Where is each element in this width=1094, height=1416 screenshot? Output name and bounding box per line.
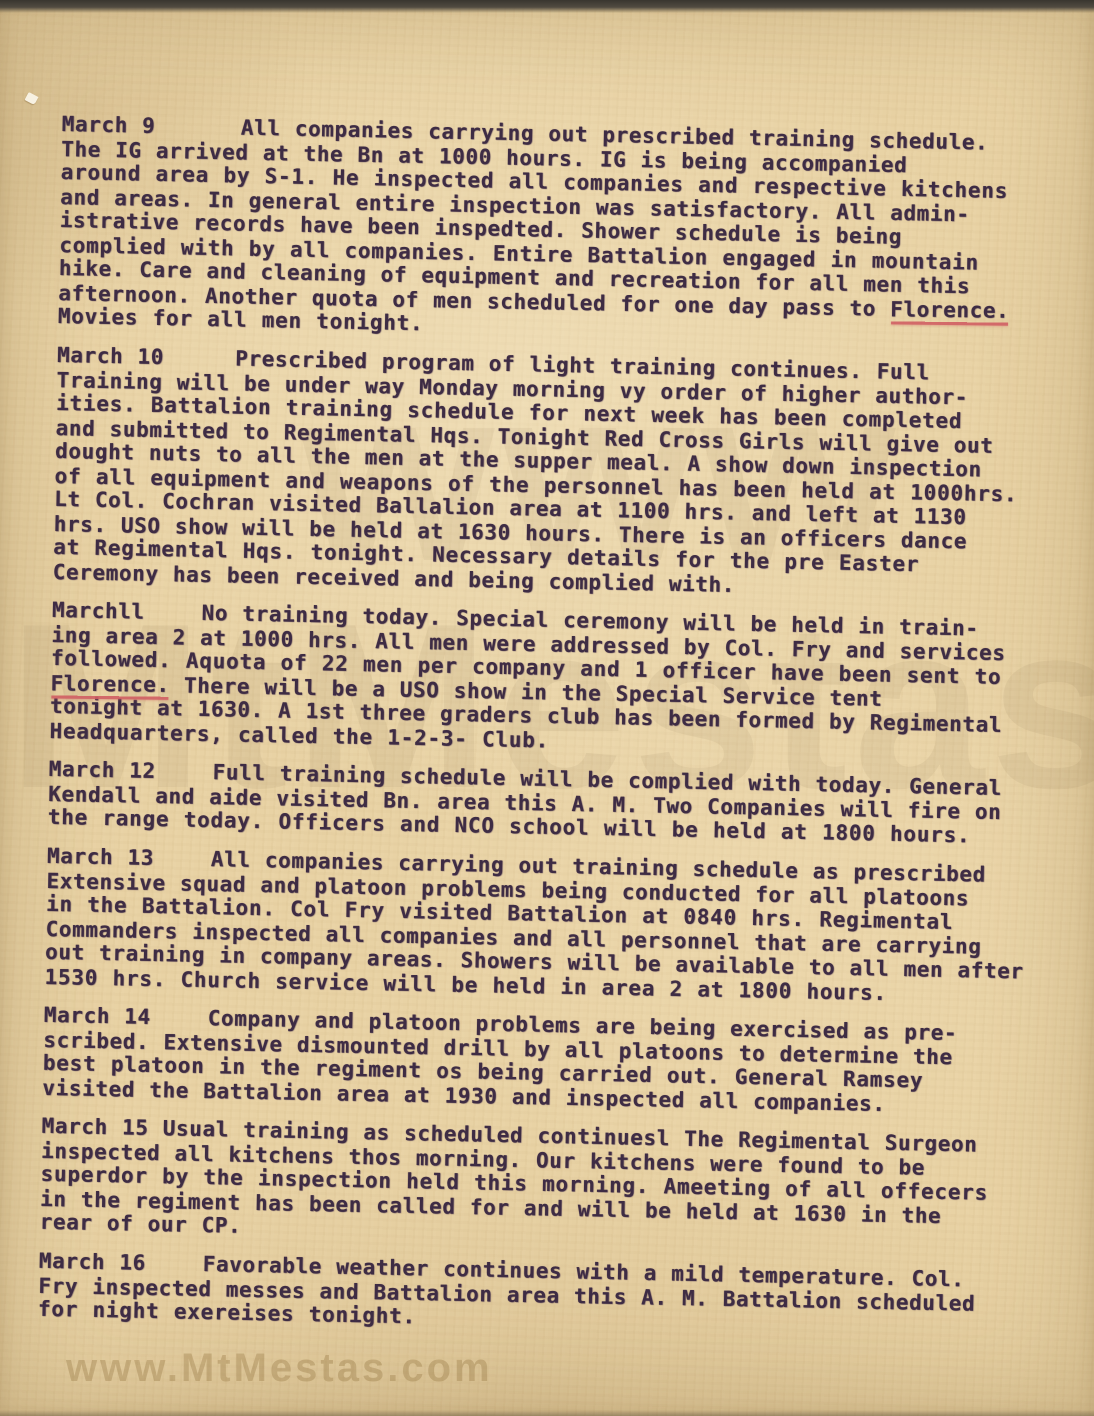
log-entry-march-9: March 9 All companies carrying out presc… [58, 112, 1067, 348]
log-entry-march-13: March 13 All companies carrying out trai… [44, 844, 1052, 1008]
scan-edge-bottom [0, 1410, 1094, 1416]
log-entry-march-14: March 14 Company and platoon problems ar… [42, 1003, 1049, 1119]
scan-edge-top [0, 0, 1094, 13]
log-entry-march-11: Marchll No training today. Special cerem… [49, 598, 1057, 762]
red-underlined-text: Florence. [50, 671, 169, 696]
log-entry-march-12: March 12 Full training schedule will be … [48, 757, 1054, 849]
log-entry-march-16: March 16 Favorable weather continues wit… [38, 1249, 1044, 1341]
log-entry-march-10: March 10 Prescribed program of light tra… [53, 343, 1063, 603]
red-underlined-text: Florence. [890, 297, 1009, 322]
log-entry-march-15: March 15 Usual training as scheduled con… [39, 1114, 1046, 1254]
log-entries: March 9 All companies carrying out presc… [37, 112, 1066, 1356]
